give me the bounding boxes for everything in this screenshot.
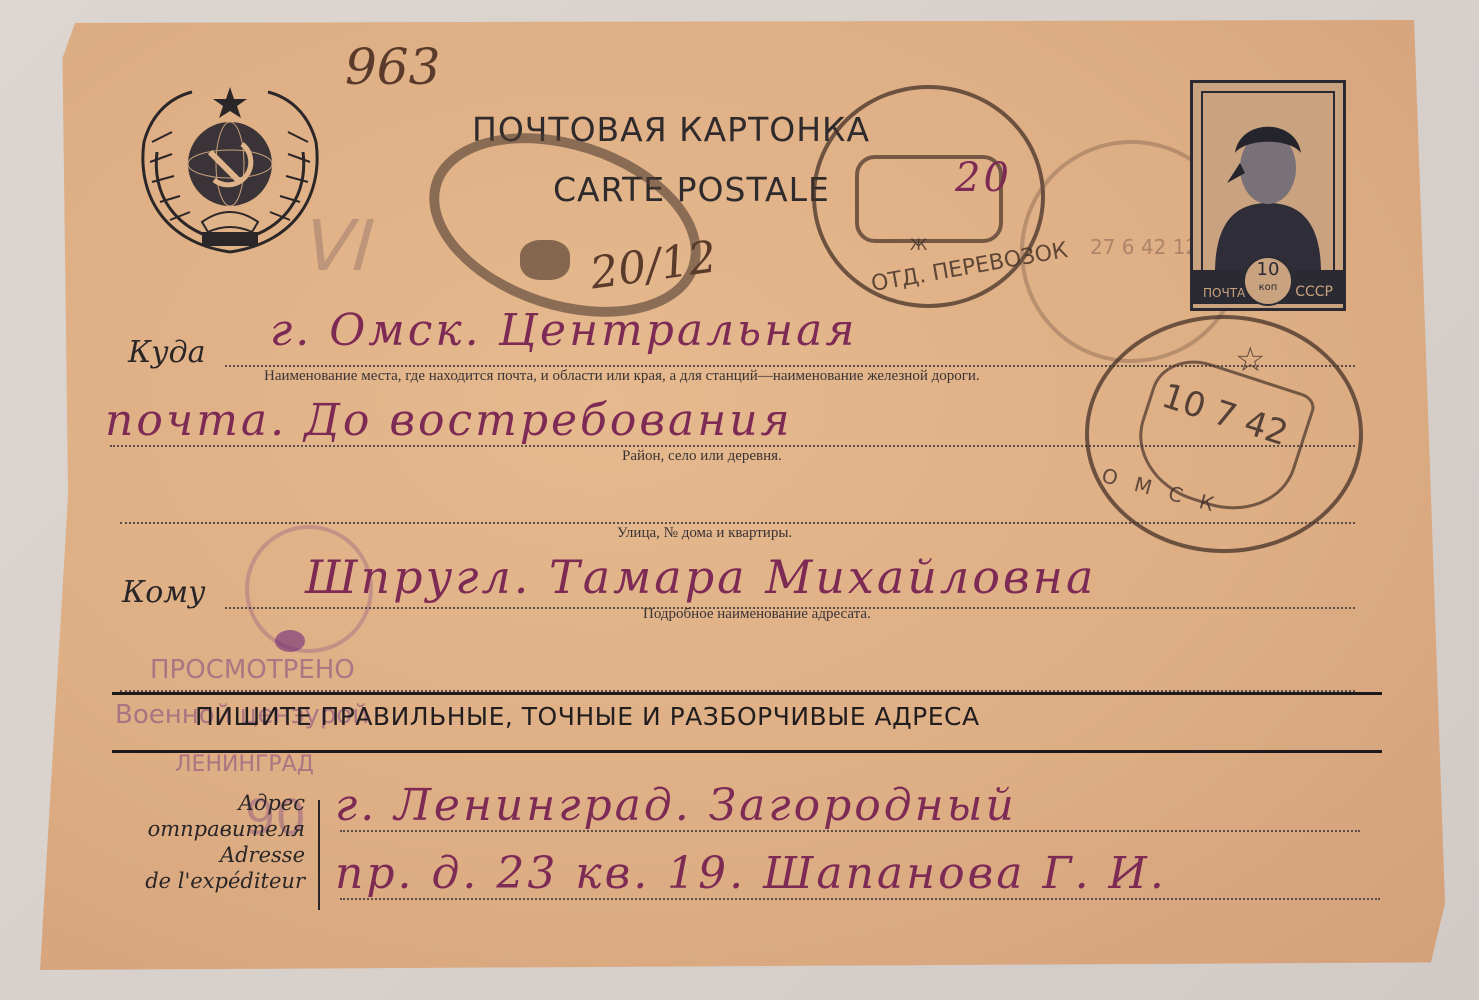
ussr-coat-of-arms-icon xyxy=(132,82,328,270)
sender-value-1: г. Ленинград. Загородный xyxy=(335,780,1017,831)
star-icon: ☆ xyxy=(1235,340,1265,380)
handwritten-20: 20 xyxy=(955,155,1012,201)
faint-postmark-date: 27 6 42 12 xyxy=(1090,235,1198,259)
transit-postmark-sub: Ж xyxy=(910,235,927,254)
to-hint-2: Район, село или деревня. xyxy=(622,448,782,465)
sender-brace xyxy=(318,800,332,910)
address-instruction-banner: ПИШИТЕ ПРАВИЛЬНЫЕ, ТОЧНЫЕ И РАЗБОРЧИВЫЕ … xyxy=(195,702,980,731)
ink-blot xyxy=(520,240,570,280)
to-value-1: г. Омск. Центральная xyxy=(270,305,857,356)
to-label: Куда xyxy=(128,335,206,370)
stamp-denomination: 10 xyxy=(1245,258,1291,282)
to-value-2: почта. До востребования xyxy=(105,395,793,446)
ink-blot-purple xyxy=(275,630,305,652)
stamp-country-left: ПОЧТА xyxy=(1203,286,1245,300)
to-hint-1: Наименование места, где находится почта,… xyxy=(264,368,980,385)
postage-stamp: ПОЧТА СССР 10 коп xyxy=(1190,80,1346,311)
whom-hint: Подробное наименование адресата. xyxy=(643,606,871,623)
banner-rule-bottom xyxy=(112,750,1382,753)
whom-label: Кому xyxy=(122,575,206,610)
to-hint-3: Улица, № дома и квартиры. xyxy=(617,525,792,542)
worker-woman-portrait-icon xyxy=(1205,103,1331,273)
whom-value: Шпругл. Тамара Михайловна xyxy=(305,550,1096,604)
banner-rule-top xyxy=(112,692,1382,695)
censor-line-1: ПРОСМОТРЕНО xyxy=(150,655,355,685)
stamp-currency: коп xyxy=(1245,282,1291,294)
censor-line-3: ЛЕНИНГРАД xyxy=(175,752,314,777)
sender-label: Адрес отправителя Adresse de l'expéditeu… xyxy=(105,790,305,894)
handwritten-number: 963 xyxy=(345,38,440,96)
sender-value-2: пр. д. 23 кв. 19. Шапанова Г. И. xyxy=(335,848,1167,899)
stamp-country-right: СССР xyxy=(1295,284,1333,300)
